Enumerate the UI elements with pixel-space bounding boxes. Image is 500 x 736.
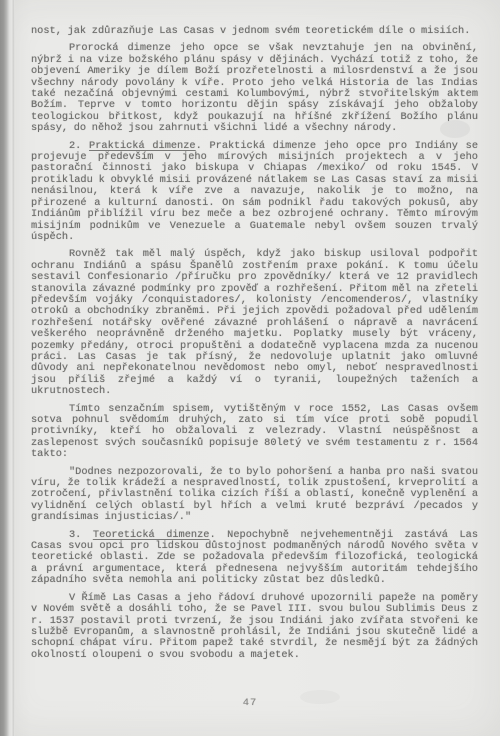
page-text-block: nost, jak zdůrazňuje Las Casas v jednom …: [31, 26, 478, 667]
paragraph: V Římě Las Casas a jeho řádoví druhové u…: [31, 593, 478, 661]
section-heading: Teoretická dimenze: [93, 529, 210, 541]
scanned-document-page: nost, jak zdůrazňuje Las Casas v jednom …: [0, 0, 500, 736]
paragraph: Rovněž tak měl malý úspěch, když jako bi…: [31, 249, 478, 397]
paragraph: "Dodnes nezpozorovali, že to bylo pohorš…: [31, 467, 478, 524]
paragraph: nost, jak zdůrazňuje Las Casas v jednom …: [31, 26, 478, 37]
paragraph: 3. Teoretická dimenze. Nepochybně nejveh…: [31, 530, 478, 587]
scan-left-edge: [0, 0, 15, 736]
paragraph: Prorocká dimenze jeho opce se však nevzt…: [31, 43, 478, 134]
paragraph: Tímto senzačním spisem, vytištěným v roc…: [31, 404, 478, 461]
paragraph: 2. Praktická dimenze. Praktická dimenze …: [31, 141, 478, 244]
page-number: 47: [0, 697, 500, 709]
section-heading: Praktická dimenze: [89, 140, 196, 152]
